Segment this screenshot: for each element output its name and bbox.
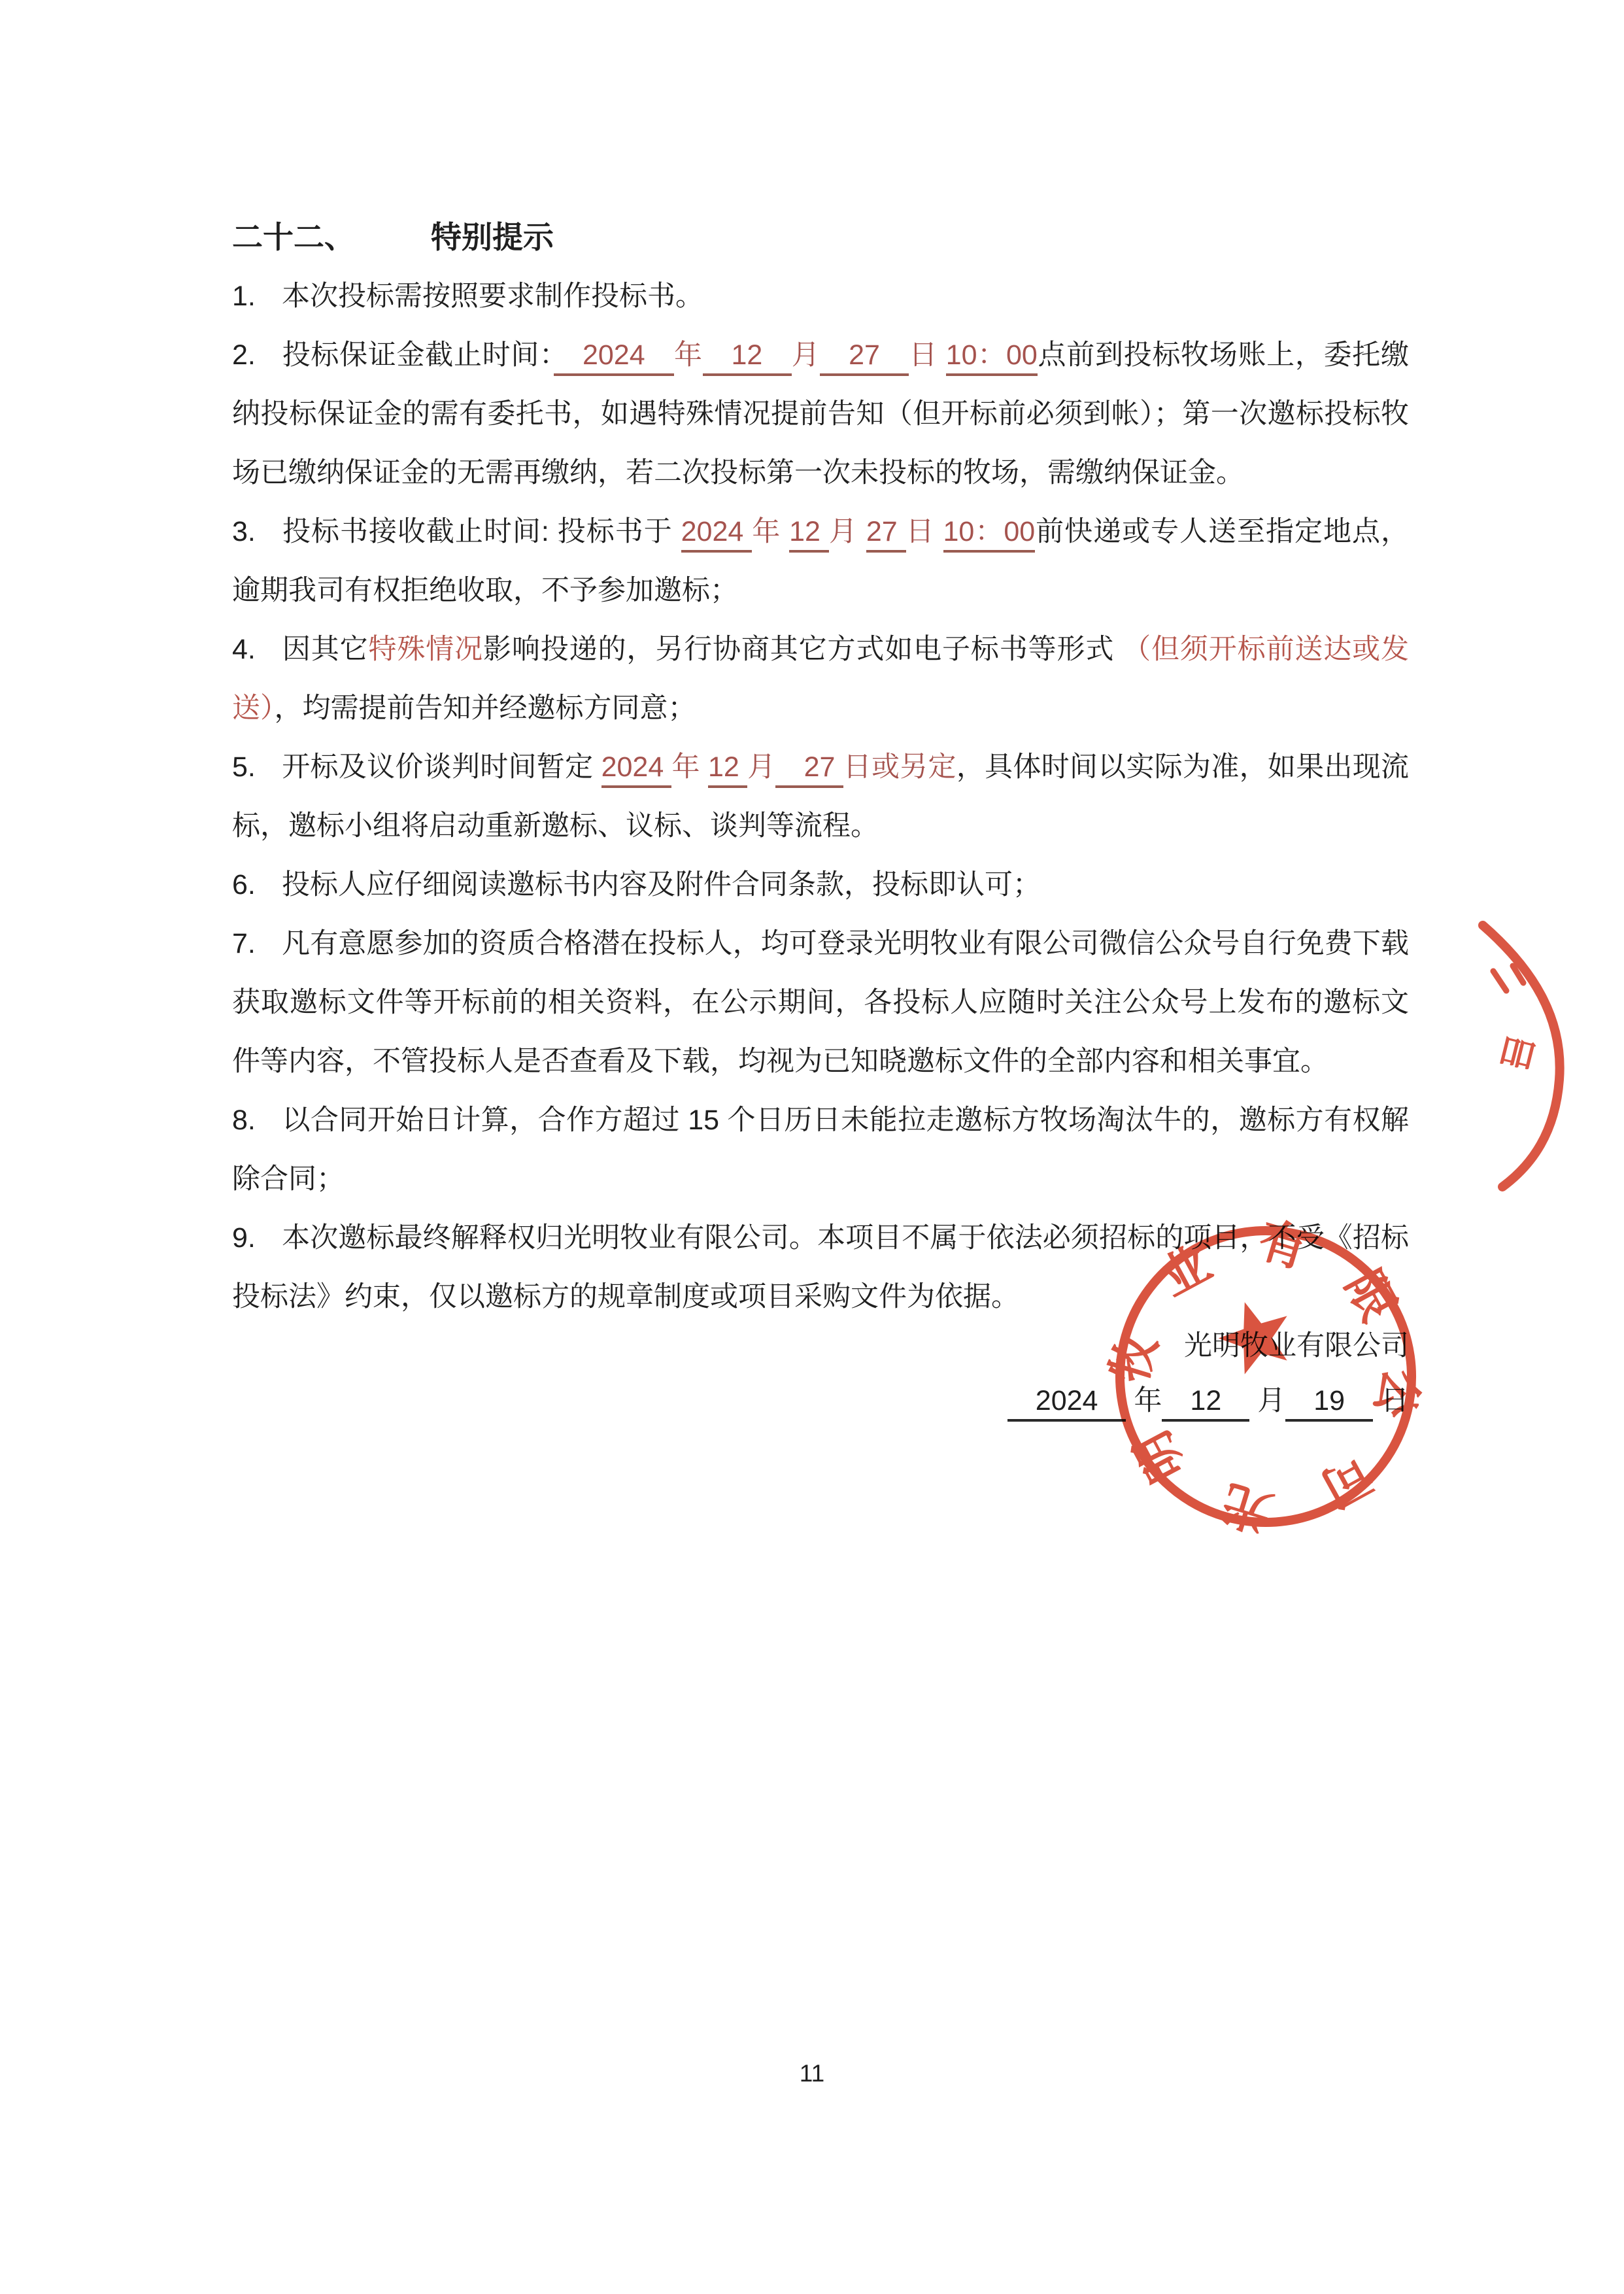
list-item: 8.以合同开始日计算，合作方超过 15 个日历日未能拉走邀标方牧场淘汰牛的，邀标…: [232, 1091, 1409, 1208]
list-item: 7.凡有意愿参加的资质合格潜在投标人，均可登录光明牧业有限公司微信公众号自行免费…: [232, 914, 1409, 1091]
seal-company-text: 光明牧业有限公司: [1102, 1212, 1442, 1552]
text-run: 日: [906, 516, 943, 547]
item-number: 4.: [232, 620, 282, 679]
text-run: 月: [747, 751, 775, 783]
list-item: 5.开标及议价谈判时间暂定 2024 年 12 月 27 日或另定，具体时间以实…: [232, 738, 1409, 855]
partial-seal-stamp: 吅: [1459, 906, 1624, 1197]
date-blank-day: 27: [820, 339, 909, 376]
text-run: 月: [829, 516, 866, 547]
text-run: 年: [674, 339, 703, 371]
text-run: 年: [671, 751, 708, 783]
list-item: 3.投标书接收截止时间: 投标书于 2024 年 12 月 27 日 10：00…: [232, 502, 1409, 620]
text-run: 因其它: [282, 634, 369, 665]
document-page: 吅 光明牧业有限公司 二十二、特别提示 1.本次投标需按照要求制作投标书。 2.…: [0, 0, 1624, 2294]
text-run: 投标人应仔细阅读邀标书内容及附件合同条款，投标即认可；: [282, 869, 1041, 900]
item-number: 5.: [232, 738, 282, 796]
item-number: 8.: [232, 1091, 282, 1150]
date-blank-year: 2024: [554, 339, 674, 376]
text-run: 年: [752, 516, 789, 547]
text-run: 以合同开始日计算，合作方超过 15 个日历日未能拉走邀标方牧场淘汰牛的，邀标方有…: [232, 1104, 1409, 1195]
item-number: 1.: [232, 267, 282, 326]
item-number: 3.: [232, 502, 282, 561]
list-item: 4.因其它特殊情况影响投递的，另行协商其它方式如电子标书等形式 （但须开标前送达…: [232, 620, 1409, 738]
partial-seal-mark: [1493, 966, 1523, 991]
company-seal-stamp: 光明牧业有限公司: [1102, 1212, 1442, 1552]
list-item: 2.投标保证金截止时间： 2024 年 12 月 27 日 10：00点前到投标…: [232, 326, 1409, 502]
list-item: 6.投标人应仔细阅读邀标书内容及附件合同条款，投标即认可；: [232, 855, 1409, 914]
section-heading: 二十二、特别提示: [232, 208, 1409, 267]
date-blank-year: 2024: [681, 516, 753, 553]
section-index: 二十二、: [232, 220, 355, 254]
partial-seal-fragment: 吅: [1495, 1031, 1539, 1078]
time-value: 10：00: [943, 516, 1036, 553]
text-run: ，均需提前告知并经邀标方同意；: [275, 693, 696, 724]
text-run: 投标保证金截止时间：: [282, 339, 554, 371]
date-blank-month: 12: [703, 339, 792, 376]
item-number: 9.: [232, 1208, 282, 1267]
time-value: 10：00: [946, 339, 1038, 376]
date-blank-day: 27: [775, 751, 843, 788]
date-blank-year: 2024: [601, 751, 672, 788]
emphasis-run: 特殊情况: [369, 634, 484, 665]
page-number: 11: [0, 2060, 1624, 2087]
date-blank-month: 12: [708, 751, 747, 788]
date-blank-day: 27: [866, 516, 906, 553]
text-run: 日: [909, 339, 945, 371]
item-number: 2.: [232, 326, 282, 385]
section-title: 特别提示: [431, 220, 554, 254]
text-run: 月: [792, 339, 820, 371]
date-blank-month: 12: [789, 516, 829, 553]
list-item: 1.本次投标需按照要求制作投标书。: [232, 267, 1409, 326]
text-run: 日或另定: [843, 751, 956, 783]
item-number: 6.: [232, 855, 282, 914]
item-number: 7.: [232, 914, 282, 973]
text-run: 凡有意愿参加的资质合格潜在投标人，均可登录光明牧业有限公司微信公众号自行免费下载…: [232, 928, 1409, 1077]
text-run: 投标书接收截止时间: 投标书于: [282, 516, 681, 547]
text-run: 影响投递的，另行协商其它方式如电子标书等形式: [483, 634, 1123, 665]
text-run: 开标及议价谈判时间暂定: [282, 751, 601, 783]
star-icon: [1210, 1291, 1300, 1378]
svg-text:光明牧业有限公司: 光明牧业有限公司: [1102, 1212, 1442, 1552]
text-run: 本次投标需按照要求制作投标书。: [282, 281, 703, 312]
